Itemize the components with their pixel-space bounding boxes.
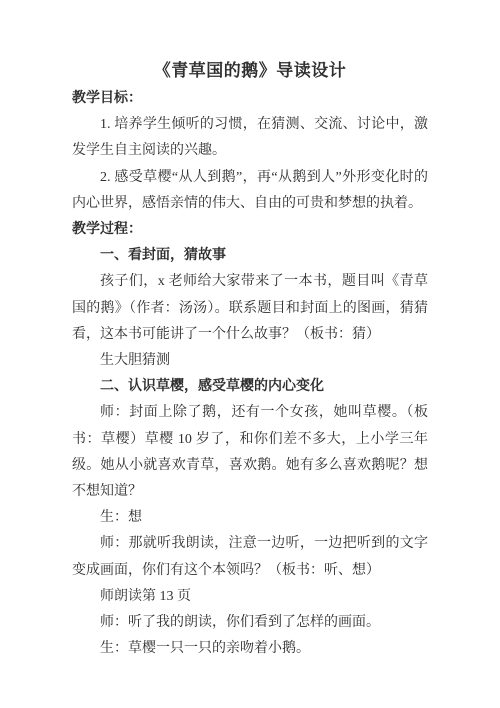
paragraph-teacher-caoying-intro: 师：封面上除了鹅，还有一个女孩，她叫草樱。（板书：草樱）草樱 10 岁了，和你们… [72,400,428,505]
heading-teaching-objectives: 教学目标： [72,86,428,112]
heading-teaching-process: 教学过程： [72,217,428,243]
document-title: 《青草国的鹅》导读设计 [72,56,428,86]
document-content: 《青草国的鹅》导读设计 教学目标： 1. 培养学生倾听的习惯，在猜测、交流、讨论… [0,0,500,662]
paragraph-students-guess: 生大胆猜测 [72,348,428,374]
paragraph-objective-2: 2. 感受草樱“从人到鹅”，再“从鹅到人”外形变化时的内心世界，感悟亲情的伟大、… [72,165,428,217]
paragraph-teacher-listen-imagine: 师：那就听我朗读，注意一边听，一边把听到的文字变成画面，你们有这个本领吗？（板书… [72,531,428,583]
subheading-section-2-know-caoying: 二、认识草樱，感受草樱的内心变化 [72,374,428,400]
subheading-section-1-cover-guess: 一、看封面，猜故事 [72,243,428,269]
paragraph-objective-1: 1. 培养学生倾听的习惯，在猜测、交流、讨论中，激发学生自主阅读的兴趣。 [72,112,428,164]
paragraph-teacher-book-intro: 孩子们，x 老师给大家带来了一本书，题目叫《青草国的鹅》（作者：汤汤）。联系题目… [72,269,428,348]
paragraph-teacher-ask-picture: 师：听了我的朗读，你们看到了怎样的画面。 [72,610,428,636]
paragraph-student-kiss-goose: 生：草樱一只一只的亲吻着小鹅。 [72,636,428,662]
paragraph-student-want: 生：想 [72,505,428,531]
document-page: 《青草国的鹅》导读设计 教学目标： 1. 培养学生倾听的习惯，在猜测、交流、讨论… [0,0,500,708]
paragraph-teacher-read-page-13: 师朗读第 13 页 [72,584,428,610]
